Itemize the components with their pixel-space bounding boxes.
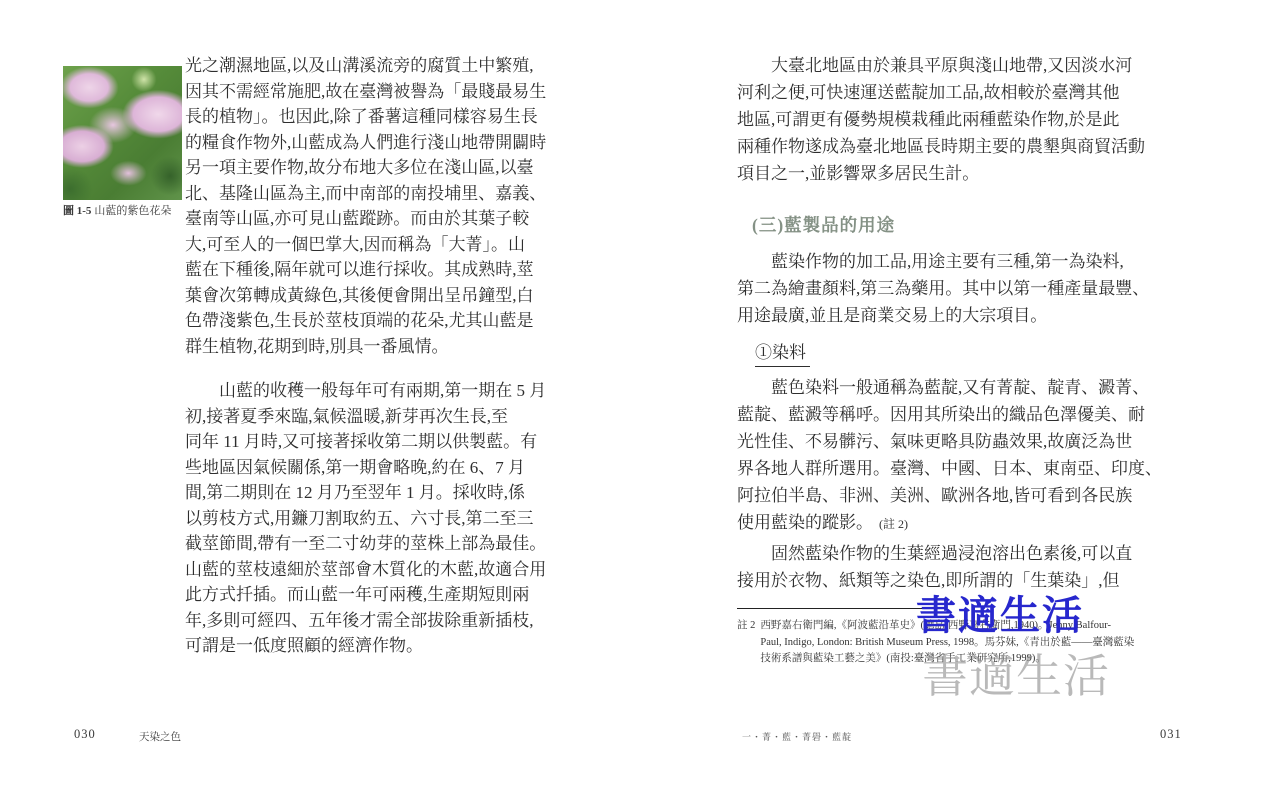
subsection-heading-dye: ①染料 (755, 338, 810, 367)
right-paragraph-dye: 藍色染料一般通稱為藍靛,又有菁靛、靛青、澱菁、 藍靛、藍澱等稱呼。因用其所染出的… (737, 374, 1183, 538)
footnote-reference: (註 2) (879, 517, 908, 531)
left-paragraph-1: 光之潮濕地區,以及山溝溪流旁的腐質土中繁殖, 因其不需經常施肥,故在臺灣被譽為「… (185, 53, 617, 359)
figure-photo-mountain-indigo-flowers (63, 66, 182, 200)
figure-caption-label: 圖 1-5 (63, 205, 91, 217)
right-paragraph-dye-text: 藍色染料一般通稱為藍靛,又有菁靛、靛青、澱菁、 藍靛、藍澱等稱呼。因用其所染出的… (737, 378, 1162, 532)
footnote-label: 註 2 (737, 618, 755, 635)
page-number-right: 031 (1160, 727, 1182, 742)
right-paragraph-intro: 大臺北地區由於兼具平原與淺山地帶,又因淡水河 河利之便,可快速運送藍靛加工品,故… (737, 52, 1183, 187)
footnote-divider (737, 608, 935, 609)
left-paragraph-2: 山藍的收穫一般每年可有兩期,第一期在 5 月 初,接著夏季來臨,氣候溫暖,新芽再… (185, 378, 617, 659)
watermark-gray: 書適生活 (922, 640, 1110, 706)
book-title: 天染之色 (139, 729, 181, 744)
section-heading-blue-products: (三)藍製品的用途 (752, 212, 895, 237)
right-paragraph-uses: 藍染作物的加工品,用途主要有三種,第一為染料, 第二為繪畫顏料,第三為藥用。其中… (737, 248, 1183, 329)
book-spread: 圖 1-5山藍的紫色花朵 光之潮濕地區,以及山溝溪流旁的腐質土中繁殖, 因其不需… (0, 0, 1280, 799)
page-number-left: 030 (74, 727, 96, 742)
figure-caption-text: 山藍的紫色花朵 (94, 205, 171, 217)
figure-caption: 圖 1-5山藍的紫色花朵 (63, 204, 193, 218)
watermark-blue: 書適生活 (916, 584, 1084, 641)
chapter-running-title: 一・菁・藍・菁礐・藍靛 (742, 730, 852, 743)
